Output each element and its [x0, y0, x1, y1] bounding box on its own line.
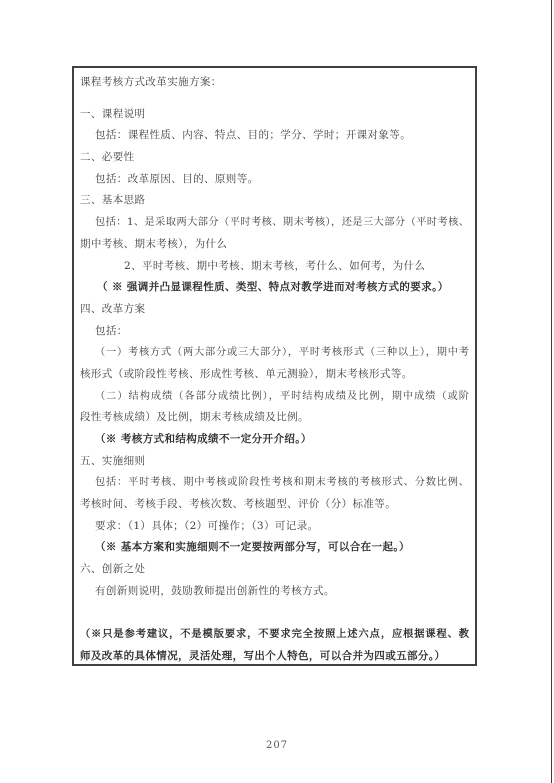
doc-line: 包括：平时考核、期中考核或阶段性考核和期末考核的考核形式、分数比例、 — [95, 472, 469, 494]
section-3-heading: 三、基本思路 — [80, 190, 469, 212]
section-4-heading: 四、改革方案 — [80, 299, 469, 321]
note-line: （※ 基本方案和实施细则不一定要按两部分写，可以合在一起。） — [95, 537, 469, 559]
doc-line: 包括：课程性质、内容、特点、目的；学分、学时；开课对象等。 — [95, 125, 469, 147]
doc-line: 包括：改革原因、目的、原则等。 — [95, 169, 469, 191]
note-line: （※ 考核方式和结构成绩不一定分开介绍。） — [95, 429, 469, 451]
plan-title: 课程考核方式改革实施方案： — [80, 72, 469, 94]
doc-line: 考核时间、考核手段、考核次数、考核题型、评价（分）标准等。 — [80, 494, 469, 516]
section-2-heading: 二、必要性 — [80, 147, 469, 169]
doc-line: 有创新则说明，鼓励教师提出创新性的考核方式。 — [95, 581, 469, 603]
section-1-heading: 一、课程说明 — [80, 104, 469, 126]
note-line: 师及改革的具体情况，灵活处理，写出个人特色，可以合并为四或五部分。） — [80, 646, 469, 666]
note-line: （※只是参考建议，不是模版要求，不要求完全按照上述六点，应根据课程、教 — [80, 624, 469, 646]
doc-line: 段性考核成绩）及比例，期末考核成绩及比例。 — [80, 407, 469, 429]
doc-line: 要求：（1）具体；（2）可操作；（3）可记录。 — [95, 516, 469, 538]
document-page: { "document": { "lines": [ "课程考核方式改革实施方案… — [0, 0, 554, 783]
doc-line: 包括：1、是采取两大部分（平时考核、期末考核），还是三大部分（平时考核、 — [95, 212, 469, 234]
page-number: 207 — [0, 740, 554, 751]
note-line: （ ※ 强调并凸显课程性质、类型、特点对教学进而对考核方式的要求。） — [97, 277, 469, 299]
section-6-heading: 六、创新之处 — [80, 559, 469, 581]
doc-line: 期中考核、期末考核），为什么 — [80, 234, 469, 256]
plan-table-cell: 课程考核方式改革实施方案： 一、课程说明 包括：课程性质、内容、特点、目的；学分… — [72, 66, 477, 666]
doc-line: （一）考核方式（两大部分或三大部分），平时考核形式（三种以上），期中考 — [95, 342, 469, 364]
doc-line: 包括： — [95, 321, 469, 343]
doc-line: （二）结构成绩（各部分成绩比例），平时结构成绩及比例，期中成绩（或阶 — [95, 386, 469, 408]
scan-edge-line — [551, 0, 552, 783]
doc-line: 2、平时考核、期中考核、期末考核，考什么、如何考，为什么 — [124, 256, 469, 278]
section-5-heading: 五、实施细则 — [80, 451, 469, 473]
doc-line: 核形式（或阶段性考核、形成性考核、单元测验），期末考核形式等。 — [80, 364, 469, 386]
